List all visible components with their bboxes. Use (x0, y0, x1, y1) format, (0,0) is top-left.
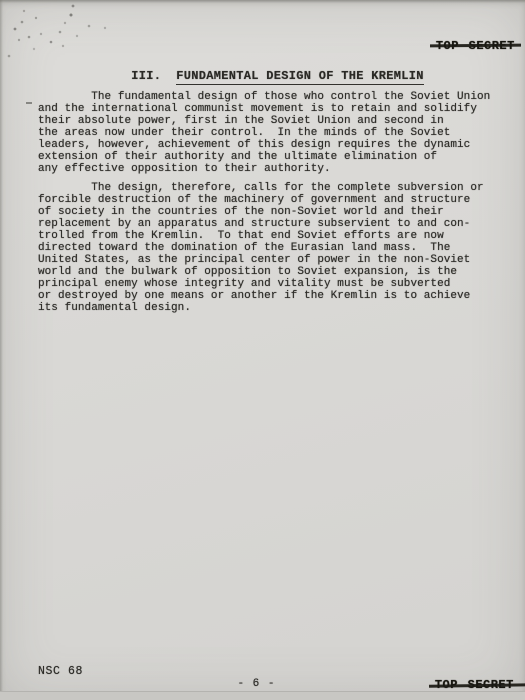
footer-page-number: - 6 - (0, 678, 513, 690)
classification-stamp-top-text: TOP SECRET (436, 39, 515, 53)
margin-pencil-mark (26, 102, 32, 104)
scanned-document-page: TOP SECRET III.FUNDAMENTAL DESIGN OF THE… (0, 0, 525, 700)
body-paragraph-1: The fundamental design of those who cont… (38, 91, 490, 175)
scan-edge-top (0, 0, 525, 3)
section-heading-title: FUNDAMENTAL DESIGN OF THE KREMLIN (176, 69, 424, 85)
body-paragraph-2: The design, therefore, calls for the com… (38, 182, 484, 314)
section-heading-number: III. (131, 69, 161, 83)
scan-edge-bottom (0, 691, 525, 700)
footer-document-id: NSC 68 (38, 665, 83, 678)
scan-edge-left (0, 0, 3, 700)
